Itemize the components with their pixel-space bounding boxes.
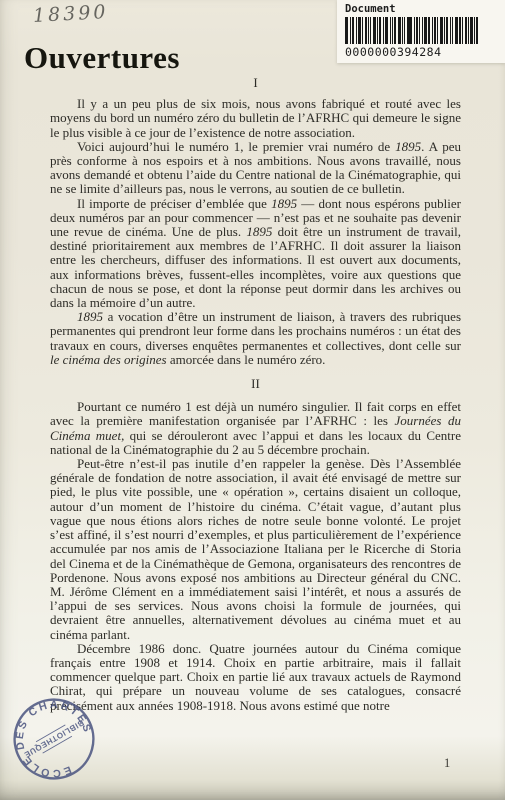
handwritten-accession-number: 18390 [32,1,109,27]
italic-text-run: 1895 [77,309,103,324]
section-numeral: II [50,377,461,391]
italic-text-run: le cinéma des origines [50,352,167,367]
text-run: Voici aujourd’hui le numéro 1, le premie… [77,139,395,154]
text-run: Il y a un peu plus de six mois, nous avo… [50,96,461,139]
italic-text-run: 1895 [271,196,297,211]
paragraph: Il y a un peu plus de six mois, nous avo… [50,97,461,140]
paragraph: Il importe de préciser d’emblée que 1895… [50,197,461,311]
article-body: IIl y a un peu plus de six mois, nous av… [50,76,461,713]
italic-text-run: 1895 [246,224,272,239]
paragraph: Peut-être n’est-il pas inutile d’en rapp… [50,457,461,642]
text-run: Peut-être n’est-il pas inutile d’en rapp… [50,456,461,641]
paragraph: Décembre 1986 donc. Quatre journées auto… [50,642,461,713]
text-run: amorcée dans le numéro zéro. [167,352,326,367]
page-title: Ouvertures [24,40,180,76]
text-run: Il importe de préciser d’emblée que [77,196,271,211]
text-run: a vocation d’être un instrument de liais… [50,309,461,352]
section-numeral: I [50,76,461,90]
text-run: Décembre 1986 donc. Quatre journées auto… [50,641,461,713]
italic-text-run: 1895 [395,139,421,154]
barcode-icon [345,17,478,44]
barcode-number: 0000000394284 [345,45,505,59]
document-page: 18390 Document 000000039 [0,0,505,800]
paragraph: Pourtant ce numéro 1 est déjà un numéro … [50,400,461,457]
paragraph: 1895 a vocation d’être un instrument de … [50,310,461,367]
paragraph: Voici aujourd’hui le numéro 1, le premie… [50,140,461,197]
barcode-label: Document [345,3,505,15]
stamp-center-text: BIBLIOTHEQUE [22,718,85,760]
page-number: 1 [444,756,450,771]
barcode-sticker: Document 0000000394284 [337,0,505,63]
